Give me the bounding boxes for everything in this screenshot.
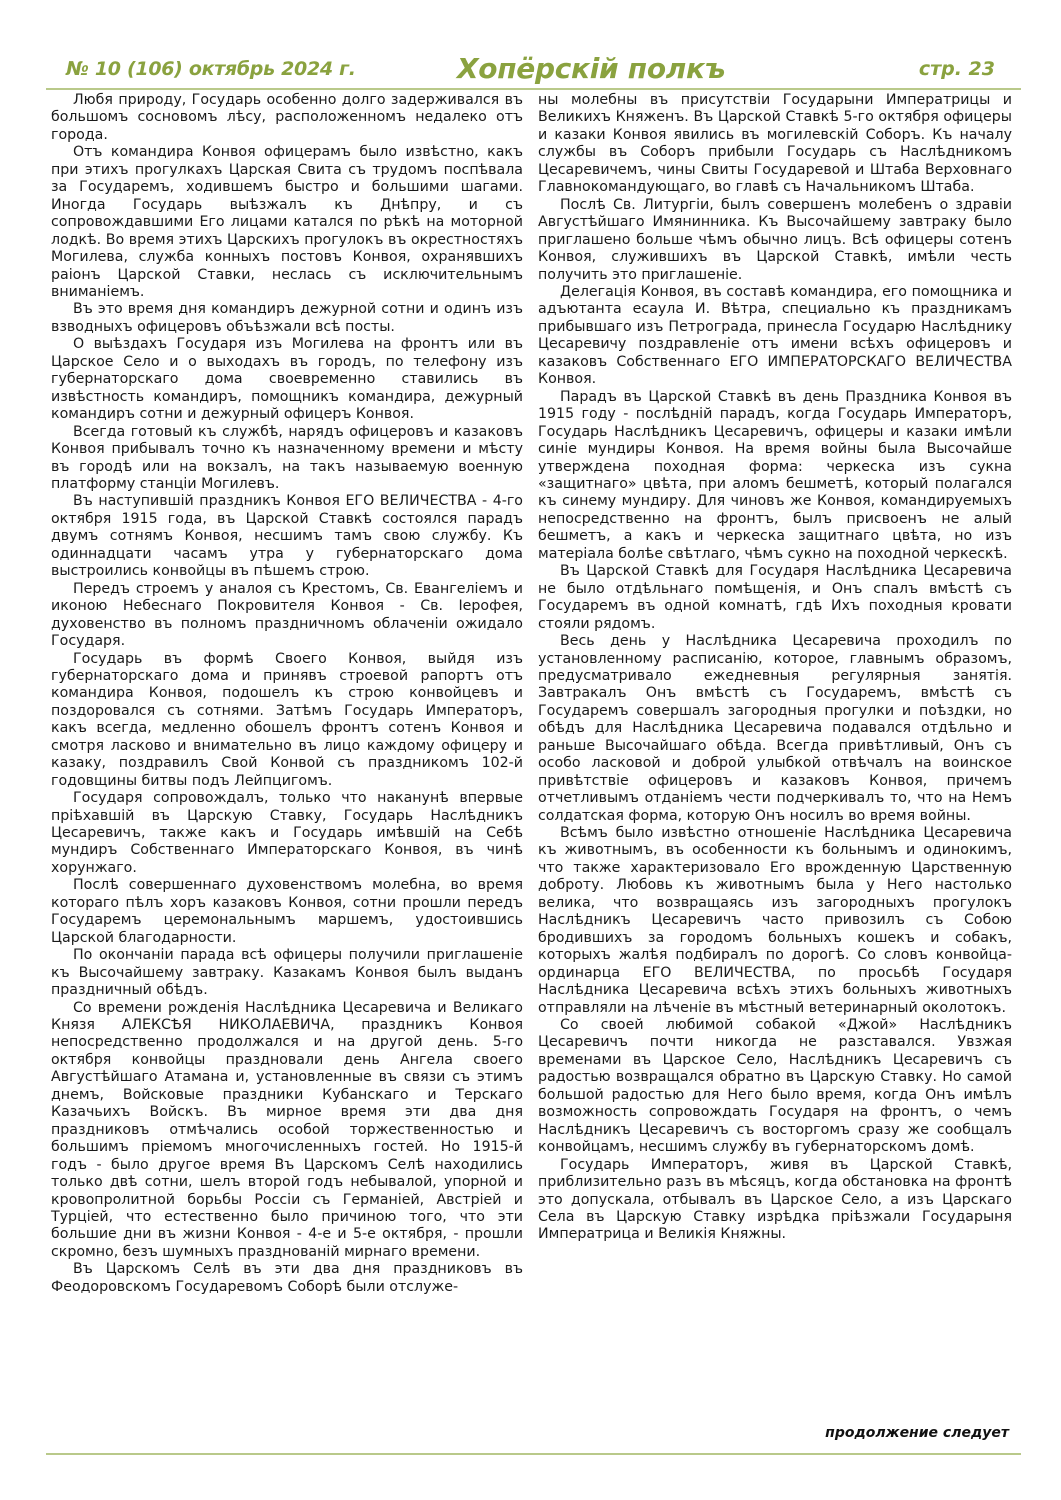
paragraph: Послѣ совершеннаго духовенствомъ молебна… — [51, 877, 523, 947]
paragraph: Всегда готовый къ службѣ, нарядъ офицеро… — [51, 424, 523, 494]
left-column: Любя природу, Государь особенно долго за… — [51, 92, 523, 1296]
issue-label: № 10 (106) октябрь 2024 г. — [66, 58, 356, 80]
publication-title: Хопёрскiй полкъ — [457, 52, 725, 85]
footer-divider — [46, 1453, 1021, 1455]
paragraph: Передъ строемъ у аналоя съ Крестомъ, Св.… — [51, 581, 523, 651]
header-divider — [46, 88, 1021, 90]
paragraph: Въ Царскомъ Селѣ въ эти два дня праздник… — [51, 1261, 523, 1296]
paragraph-continued: ны молебны въ присутствiи Государыни Имп… — [538, 92, 1012, 197]
paragraph: Со времени рожденiя Наслѣдника Цесаревич… — [51, 1000, 523, 1262]
paragraph: Весь день у Наслѣдника Цесаревича проход… — [538, 633, 1012, 825]
page-number: стр. 23 — [919, 58, 995, 80]
paragraph: Государь Императоръ, живя въ Царской Ста… — [538, 1157, 1012, 1244]
paragraph: Всѣмъ было извѣстно отношенiе Наслѣдника… — [538, 825, 1012, 1017]
paragraph: Государь въ формѣ Своего Конвоя, выйдя и… — [51, 651, 523, 791]
paragraph: Со своей любимой собакой «Джой» Наслѣдни… — [538, 1017, 1012, 1157]
paragraph: Отъ командира Конвоя офицерамъ было извѣ… — [51, 144, 523, 301]
paragraph: О выѣздахъ Государя изъ Могилева на фрон… — [51, 336, 523, 423]
paragraph: Государя сопровождалъ, только что накану… — [51, 790, 523, 877]
continuation-note: продолжение следует — [825, 1425, 1009, 1441]
page-header: № 10 (106) октябрь 2024 г. Хопёрскiй пол… — [66, 52, 1013, 86]
paragraph: Послѣ Св. Литургiи, былъ совершенъ молеб… — [538, 197, 1012, 284]
paragraph: Любя природу, Государь особенно долго за… — [51, 92, 523, 144]
paragraph: Въ Царской Ставкѣ для Государя Наслѣдник… — [538, 563, 1012, 633]
paragraph: По окончанiи парада всѣ офицеры получили… — [51, 947, 523, 999]
paragraph: Въ наступившiй праздникъ Конвоя ЕГО ВЕЛИ… — [51, 493, 523, 580]
right-column: ны молебны въ присутствiи Государыни Имп… — [538, 92, 1012, 1244]
paragraph: Делегацiя Конвоя, въ составѣ командира, … — [538, 284, 1012, 389]
paragraph: Въ это время дня командиръ дежурной сотн… — [51, 301, 523, 336]
paragraph: Парадъ въ Царской Ставкѣ въ день Праздни… — [538, 389, 1012, 564]
